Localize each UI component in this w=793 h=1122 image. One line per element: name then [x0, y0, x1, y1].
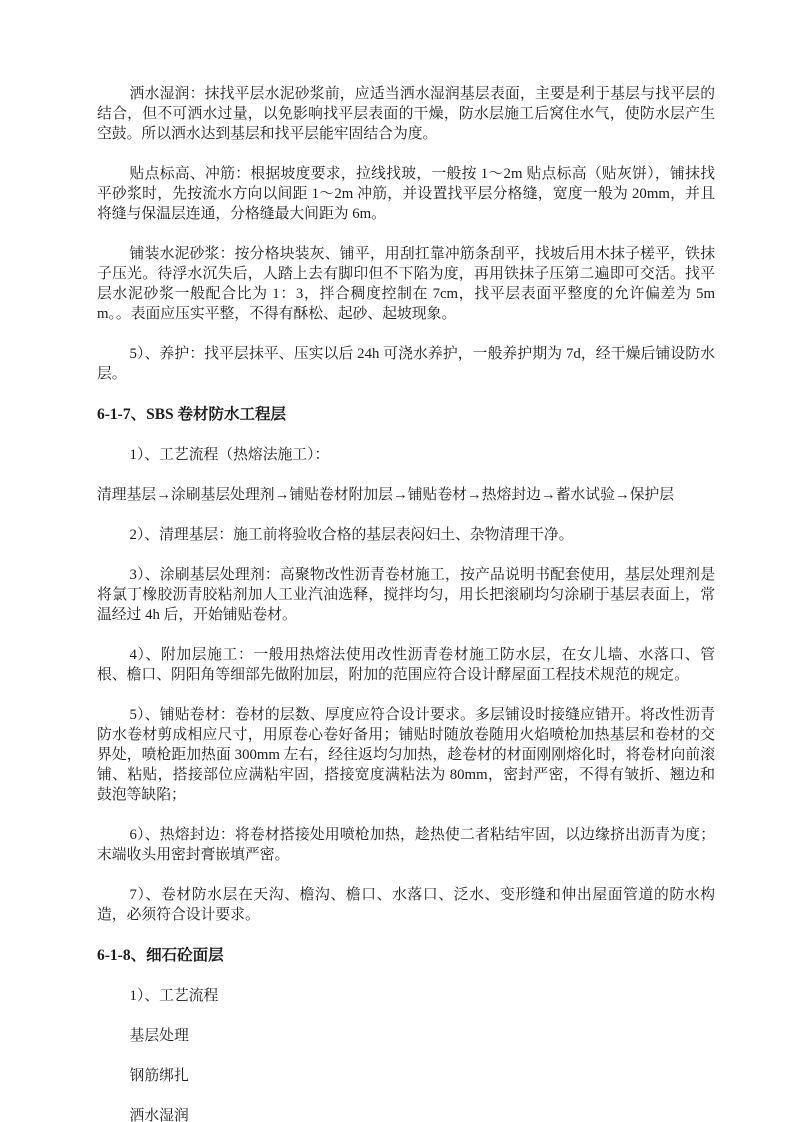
section-heading-6-1-8: 6-1-8、细石砼面层: [97, 945, 715, 966]
paragraph-additional-layer: 4）、附加层施工：一般用热熔法使用改性沥青卷材施工防水层，在女儿墙、水落口、管根…: [97, 645, 715, 685]
paragraph-process-flow-title-2: 1）、工艺流程: [97, 986, 715, 1006]
paragraph-clean-base: 2）、清理基层：施工前将验收合格的基层表闷妇土、杂物清理干净。: [97, 525, 715, 545]
document-page: 洒水湿润：抹找平层水泥砂浆前，应适当洒水湿润基层表面，主要是利于基层与找平层的结…: [0, 0, 793, 1122]
paragraph-step-water-moisten: 洒水湿润: [97, 1106, 715, 1122]
paragraph-hot-melt-sealing: 6）、热熔封边：将卷材搭接处用喷枪加热，趁热使二者粘结牢固，以边缘挤出沥青为度；…: [97, 825, 715, 865]
paragraph-step-base-treatment: 基层处理: [97, 1026, 715, 1046]
paragraph-lay-membrane: 5）、铺贴卷材：卷材的层数、厚度应符合设计要求。多层铺设时接缝应错开。将改性沥青…: [97, 705, 715, 805]
paragraph-process-flow-title: 1）、工艺流程（热熔法施工）：: [97, 445, 715, 465]
paragraph-cement-mortar: 铺装水泥砂浆：按分格块装灰、铺平，用刮扛靠冲筋条刮平，找坡后用木抹子槎平，铁抹子…: [97, 244, 715, 324]
paragraph-waterproof-details: 7）、卷材防水层在天沟、檐沟、檐口、水落口、泛水、变形缝和伸出屋面管道的防水构造…: [97, 885, 715, 925]
paragraph-primer-coating: 3）、涂刷基层处理剂：高聚物改性沥青卷材施工，按产品说明书配套使用，基层处理剂是…: [97, 565, 715, 625]
paragraph-step-rebar-tying: 钢筋绑扎: [97, 1066, 715, 1086]
paragraph-process-flow-chain: 清理基层→涂刷基层处理剂→铺贴卷材附加层→铺贴卷材→热熔封边→蓄水试验→保护层: [97, 485, 715, 505]
section-heading-6-1-7: 6-1-7、SBS 卷材防水工程层: [97, 404, 715, 425]
paragraph-water-moisten: 洒水湿润：抹找平层水泥砂浆前，应适当洒水湿润基层表面，主要是利于基层与找平层的结…: [97, 84, 715, 144]
paragraph-curing: 5）、养护：找平层抹平、压实以后 24h 可浇水养护，一般养护期为 7d，经干燥…: [97, 344, 715, 384]
paragraph-elevation-marking: 贴点标高、冲筋：根据坡度要求，拉线找玻，一般按 1～2m 贴点标高（贴灰饼），铺…: [97, 164, 715, 224]
